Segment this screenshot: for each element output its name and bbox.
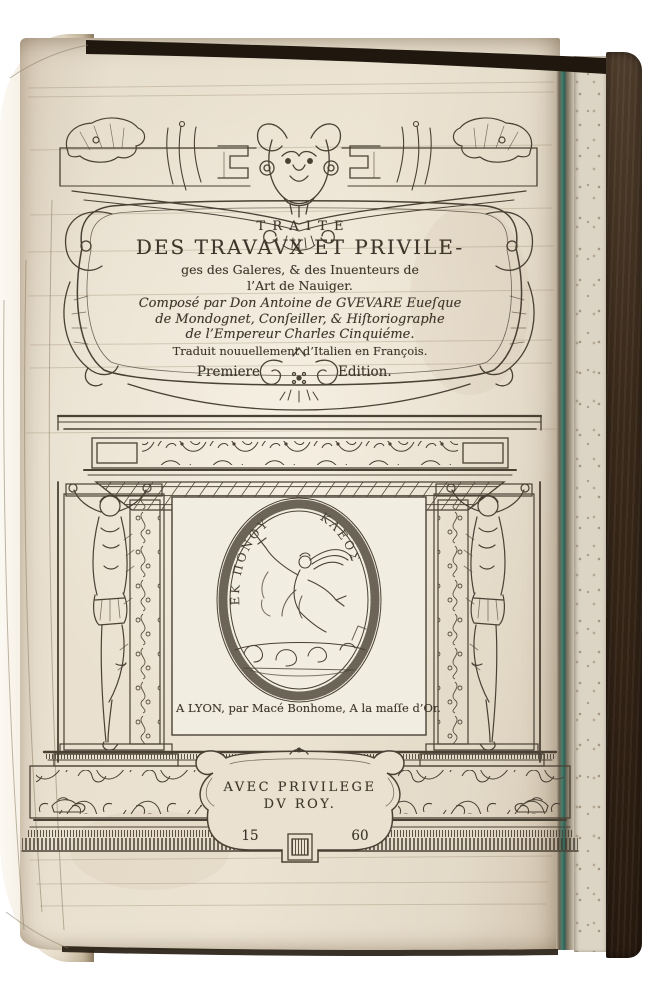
byline-line-2: de Mondognet, Conſeiller, & Hiſtoriograp…	[90, 312, 510, 327]
translation-note: Traduit nouuellement d’Italien en Franço…	[90, 344, 510, 358]
imprint-line: A LYON, par Macé Bonhome, A la maſſe d’O…	[176, 701, 422, 715]
atlante-left	[54, 482, 178, 766]
woodcut-overlay: ΕΚ ΠΟΝΟΥ ΚΛΕΟΣ	[0, 0, 662, 1000]
skull-ornament-right	[453, 118, 531, 162]
title-line-2: ges des Galeres, & des Inuenteurs de	[90, 262, 510, 277]
title-line-1: DES TRAVAVX ET PRIVILE-	[90, 235, 510, 259]
privilege-line-1: AVEC PRIVILEGE	[140, 780, 460, 795]
series-kicker: TRAITE	[90, 219, 510, 234]
husk-ornament-right	[397, 122, 431, 191]
title-line-3: l’Art de Nauiger.	[90, 278, 510, 293]
byline-line-1: Composé par Don Antoine de GVEVARE Eueſq…	[90, 296, 510, 311]
byline-line-3: de l’Empereur Charles Cinquiéme.	[90, 327, 510, 342]
edition-word-right: Edition.	[338, 364, 458, 380]
atlante-right	[420, 482, 544, 766]
book-photo: ΕΚ ΠΟΝΟΥ ΚΛΕΟΣ	[0, 0, 662, 1000]
grotesque-mask-icon	[258, 124, 341, 217]
edition-word-left: Premiere	[140, 364, 260, 380]
fret-ornament-left	[218, 146, 248, 178]
fret-ornament-right	[350, 146, 380, 178]
privilege-line-2: DV ROY.	[140, 797, 460, 812]
date-left: 15	[234, 828, 266, 844]
husk-ornament-left	[167, 122, 201, 191]
date-right: 60	[344, 828, 376, 844]
skull-ornament-left	[66, 118, 144, 162]
printer-device-panel: ΕΚ ΠΟΝΟΥ ΚΛΕΟΣ	[172, 497, 426, 735]
